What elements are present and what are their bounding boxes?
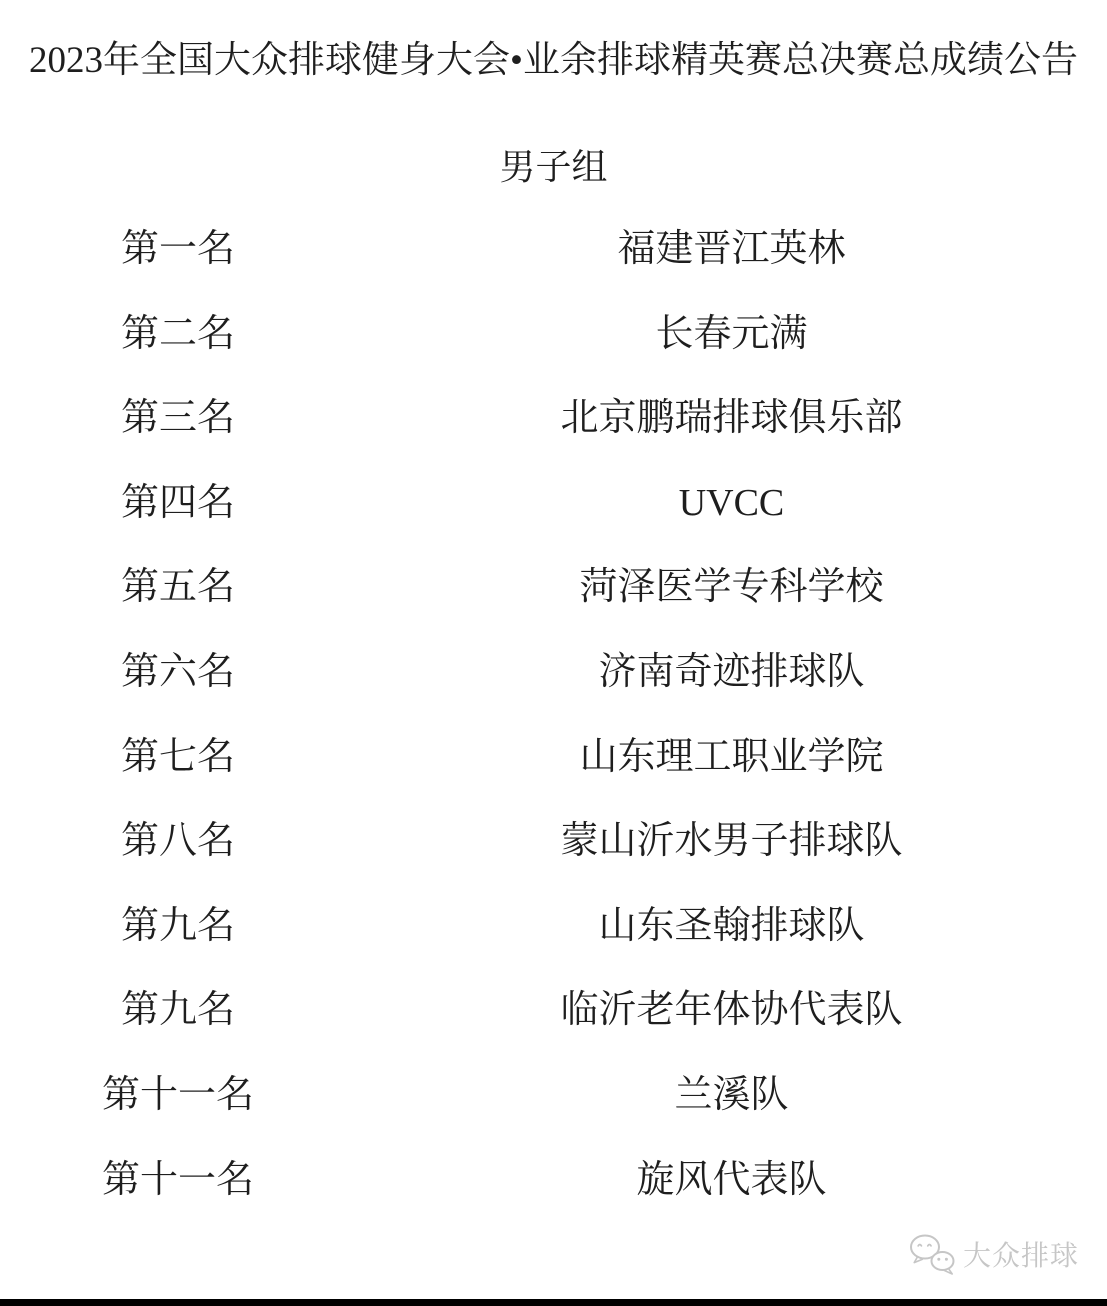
team-name: 济南奇迹排球队: [356, 651, 1107, 695]
wechat-icon: [909, 1234, 955, 1280]
team-name: 蒙山沂水男子排球队: [356, 820, 1107, 864]
document-title: 2023年全国大众排球健身大会•业余排球精英赛总决赛总成绩公告: [0, 40, 1107, 83]
team-name: 兰溪队: [356, 1074, 1107, 1118]
team-name: 旋风代表队: [356, 1159, 1107, 1203]
team-name: 山东理工职业学院: [356, 736, 1107, 780]
team-name: 临沂老年体协代表队: [356, 989, 1107, 1033]
rank-label: 第四名: [0, 482, 356, 526]
group-heading: 男子组: [0, 147, 1107, 188]
result-row: 第五名 菏泽医学专科学校: [0, 566, 1107, 651]
team-name: 菏泽医学专科学校: [356, 566, 1107, 610]
results-list: 第一名 福建晋江英林 第二名 长春元满 第三名 北京鹏瑞排球俱乐部 第四名 UV…: [0, 228, 1107, 1243]
results-document: 2023年全国大众排球健身大会•业余排球精英赛总决赛总成绩公告 男子组 第一名 …: [0, 0, 1107, 1306]
rank-label: 第九名: [0, 989, 356, 1033]
rank-label: 第三名: [0, 397, 356, 441]
result-row: 第十一名 兰溪队: [0, 1074, 1107, 1159]
rank-label: 第十一名: [0, 1159, 356, 1203]
result-row: 第九名 山东圣翰排球队: [0, 905, 1107, 990]
bottom-bar: [0, 1299, 1107, 1306]
rank-label: 第五名: [0, 566, 356, 610]
rank-label: 第六名: [0, 651, 356, 695]
result-row: 第一名 福建晋江英林: [0, 228, 1107, 313]
result-row: 第二名 长春元满: [0, 313, 1107, 398]
rank-label: 第九名: [0, 905, 356, 949]
result-row: 第七名 山东理工职业学院: [0, 736, 1107, 821]
watermark-label: 大众排球: [963, 1243, 1079, 1271]
team-name: 山东圣翰排球队: [356, 905, 1107, 949]
result-row: 第九名 临沂老年体协代表队: [0, 989, 1107, 1074]
team-name: 福建晋江英林: [356, 228, 1107, 272]
rank-label: 第一名: [0, 228, 356, 272]
rank-label: 第十一名: [0, 1074, 356, 1118]
result-row: 第十一名 旋风代表队: [0, 1159, 1107, 1244]
team-name: 长春元满: [356, 313, 1107, 357]
rank-label: 第二名: [0, 313, 356, 357]
watermark: 大众排球: [909, 1234, 1079, 1280]
team-name: UVCC: [356, 482, 1107, 526]
result-row: 第六名 济南奇迹排球队: [0, 651, 1107, 736]
team-name: 北京鹏瑞排球俱乐部: [356, 397, 1107, 441]
result-row: 第四名 UVCC: [0, 482, 1107, 567]
rank-label: 第七名: [0, 736, 356, 780]
result-row: 第八名 蒙山沂水男子排球队: [0, 820, 1107, 905]
result-row: 第三名 北京鹏瑞排球俱乐部: [0, 397, 1107, 482]
rank-label: 第八名: [0, 820, 356, 864]
